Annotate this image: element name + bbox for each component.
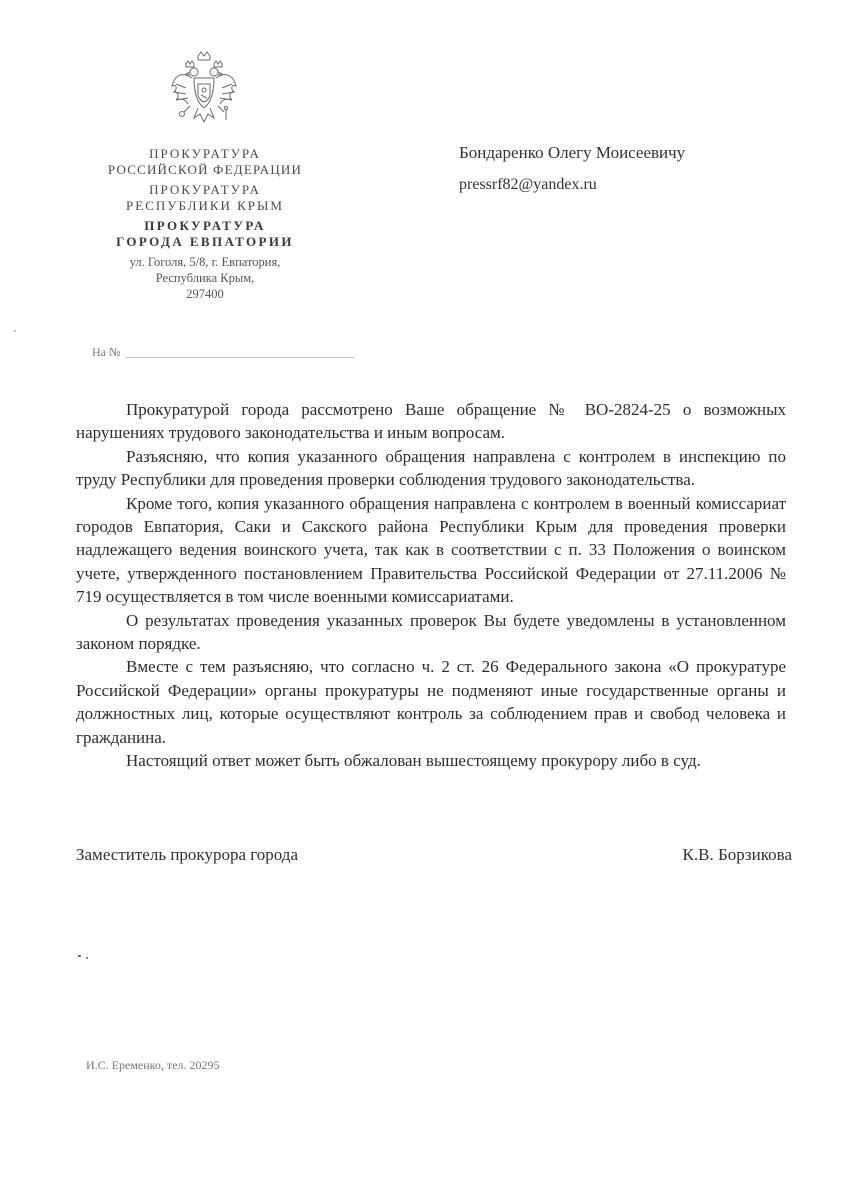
letterhead-line: РОССИЙСКОЙ ФЕДЕРАЦИИ [80, 162, 330, 178]
signature-block: Заместитель прокурора города К.В. Борзик… [76, 845, 792, 865]
signatory-name: К.В. Борзикова [683, 845, 792, 865]
letterhead-line: РЕСПУБЛИКИ КРЫМ [80, 198, 330, 214]
executor-info: И.С. Еременко, тел. 20295 [86, 1058, 219, 1073]
address-line: Республика Крым, [80, 270, 330, 286]
letterhead-line: ПРОКУРАТУРА [80, 146, 330, 162]
letterhead-line: ПРОКУРАТУРА [80, 182, 330, 198]
body-paragraph: Прокуратурой города рассмотрено Ваше обр… [76, 398, 786, 445]
body-paragraph: Вместе с тем разъясняю, что согласно ч. … [76, 655, 786, 749]
scan-speck [14, 330, 16, 332]
letterhead-line: ГОРОДА ЕВПАТОРИИ [80, 234, 330, 250]
reference-label: На № [92, 345, 120, 360]
letterhead-line: ПРОКУРАТУРА [80, 218, 330, 234]
recipient-block: Бондаренко Олегу Моисеевичу pressrf82@ya… [459, 143, 685, 195]
letterhead-address: ул. Гоголя, 5/8, г. Евпатория, Республик… [80, 254, 330, 302]
scan-speck [86, 957, 88, 959]
body-paragraph: Кроме того, копия указанного обращения н… [76, 492, 786, 609]
scan-speck [78, 955, 81, 957]
recipient-name: Бондаренко Олегу Моисеевичу [459, 143, 685, 163]
body-paragraph: О результатах проведения указанных прове… [76, 609, 786, 656]
recipient-email: pressrf82@yandex.ru [459, 175, 685, 195]
address-line: ул. Гоголя, 5/8, г. Евпатория, [80, 254, 330, 270]
letterhead: ПРОКУРАТУРА РОССИЙСКОЙ ФЕДЕРАЦИИ ПРОКУРА… [80, 146, 330, 302]
body-paragraph: Разъясняю, что копия указанного обращени… [76, 445, 786, 492]
signatory-position: Заместитель прокурора города [76, 845, 298, 865]
address-line: 297400 [80, 286, 330, 302]
body-paragraph: Настоящий ответ может быть обжалован выш… [76, 749, 786, 772]
russian-coat-of-arms-icon [168, 50, 240, 128]
letter-body: Прокуратурой города рассмотрено Ваше обр… [76, 398, 786, 773]
reference-blank [126, 357, 354, 358]
letter-page: ПРОКУРАТУРА РОССИЙСКОЙ ФЕДЕРАЦИИ ПРОКУРА… [0, 0, 849, 1200]
reference-line: На № [92, 345, 354, 360]
